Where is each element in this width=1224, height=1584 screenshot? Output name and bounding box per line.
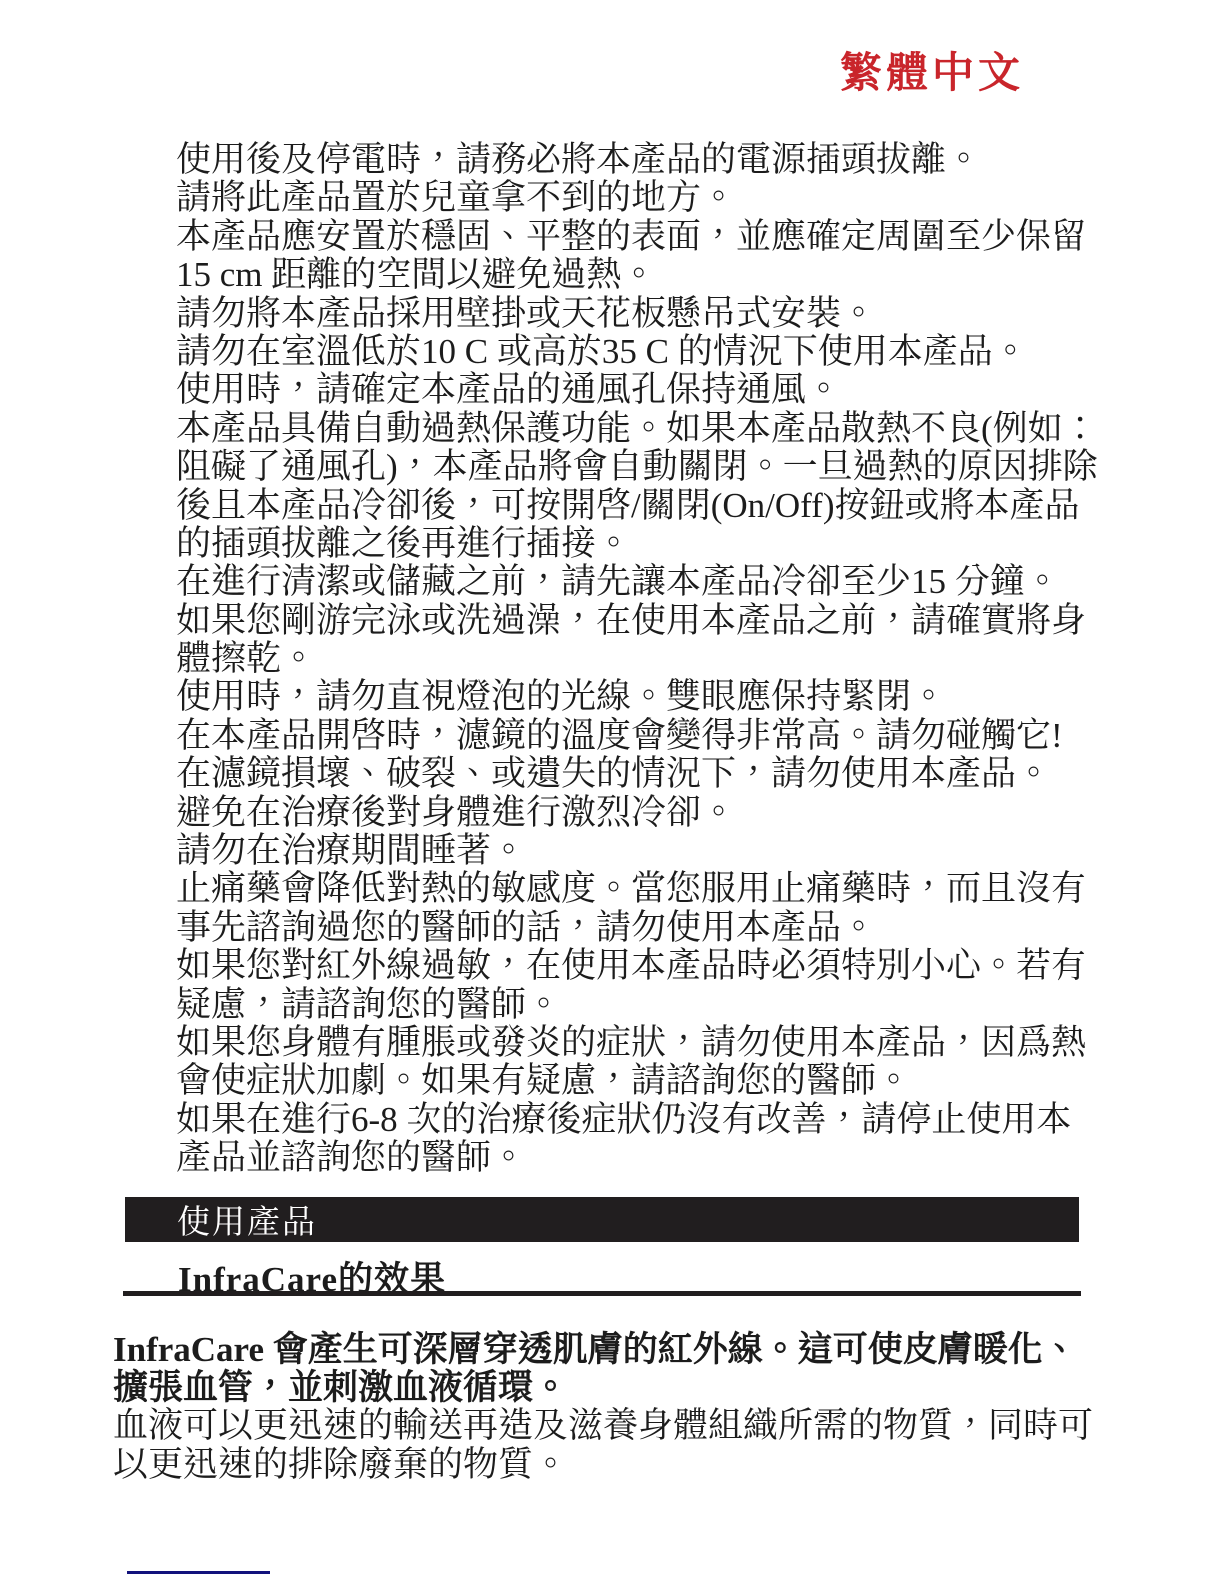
effect-paragraph: InfraCare 會產生可深層穿透肌膚的紅外線。這可使皮膚暖化、 擴張血管，並… — [113, 1331, 1123, 1484]
safety-line: 本產品應安置於穩固、平整的表面，並應確定周圍至少保留 — [176, 218, 1126, 256]
safety-line: 請勿在室溫低於10 C 或高於35 C 的情況下使用本產品。 — [176, 333, 1126, 371]
safety-line: 請勿在治療期間睡著。 — [176, 832, 1126, 870]
safety-line: 避免在治療後對身體進行激烈冷卻。 — [176, 794, 1126, 832]
safety-line: 體擦乾。 — [176, 640, 1126, 678]
safety-line: 如果在進行6-8 次的治療後症狀仍沒有改善，請停止使用本 — [176, 1101, 1126, 1139]
safety-line: 請將此產品置於兒童拿不到的地方。 — [176, 179, 1126, 217]
safety-line: 15 cm 距離的空間以避免過熱。 — [176, 256, 1126, 294]
safety-instructions-block: 使用後及停電時，請務必將本產品的電源插頭拔離。 請將此產品置於兒童拿不到的地方。… — [176, 141, 1126, 1178]
section-header-label: 使用產品 — [177, 1196, 317, 1243]
safety-line: 使用後及停電時，請務必將本產品的電源插頭拔離。 — [176, 141, 1126, 179]
safety-line: 請勿將本產品採用壁掛或天花板懸吊式安裝。 — [176, 295, 1126, 333]
footnote-divider-rule — [127, 1571, 270, 1574]
heading-divider-rule — [123, 1291, 1081, 1296]
safety-line: 在本產品開啓時，濾鏡的溫度會變得非常高。請勿碰觸它! — [176, 717, 1126, 755]
effect-line: 以更迅速的排除廢棄的物質。 — [113, 1446, 1123, 1484]
manual-page: 繁體中文 使用後及停電時，請務必將本產品的電源插頭拔離。 請將此產品置於兒童拿不… — [0, 0, 1224, 1584]
safety-line: 本產品具備自動過熱保護功能。如果本產品散熱不良(例如： — [176, 410, 1126, 448]
safety-line: 疑慮，請諮詢您的醫師。 — [176, 986, 1126, 1024]
safety-line: 如果您對紅外線過敏，在使用本產品時必須特別小心。若有 — [176, 947, 1126, 985]
safety-line: 事先諮詢過您的醫師的話，請勿使用本產品。 — [176, 909, 1126, 947]
safety-line: 如果您身體有腫脹或發炎的症狀，請勿使用本產品，因爲熱 — [176, 1024, 1126, 1062]
effect-line-bold: 擴張血管，並刺激血液循環。 — [113, 1369, 1123, 1407]
safety-line: 使用時，請確定本產品的通風孔保持通風。 — [176, 371, 1126, 409]
safety-line: 在濾鏡損壞、破裂、或遺失的情況下，請勿使用本產品。 — [176, 755, 1126, 793]
effect-line: 血液可以更迅速的輸送再造及滋養身體組織所需的物質，同時可 — [113, 1407, 1123, 1445]
safety-line: 阻礙了通風孔)，本產品將會自動關閉。一旦過熱的原因排除 — [176, 448, 1126, 486]
safety-line: 使用時，請勿直視燈泡的光線。雙眼應保持緊閉。 — [176, 678, 1126, 716]
safety-line: 產品並諮詢您的醫師。 — [176, 1139, 1126, 1177]
safety-line: 的插頭拔離之後再進行插接。 — [176, 525, 1126, 563]
safety-line: 在進行清潔或儲藏之前，請先讓本產品冷卻至少15 分鐘。 — [176, 563, 1126, 601]
language-label: 繁體中文 — [840, 40, 1024, 100]
safety-line: 後且本產品冷卻後，可按開啓/關閉(On/Off)按鈕或將本產品 — [176, 487, 1126, 525]
safety-line: 止痛藥會降低對熱的敏感度。當您服用止痛藥時，而且沒有 — [176, 870, 1126, 908]
safety-line: 會使症狀加劇。如果有疑慮，請諮詢您的醫師。 — [176, 1062, 1126, 1100]
effect-line-bold: InfraCare 會產生可深層穿透肌膚的紅外線。這可使皮膚暖化、 — [113, 1331, 1123, 1369]
safety-line: 如果您剛游完泳或洗過澡，在使用本產品之前，請確實將身 — [176, 602, 1126, 640]
section-header-bar: 使用產品 — [125, 1197, 1079, 1242]
